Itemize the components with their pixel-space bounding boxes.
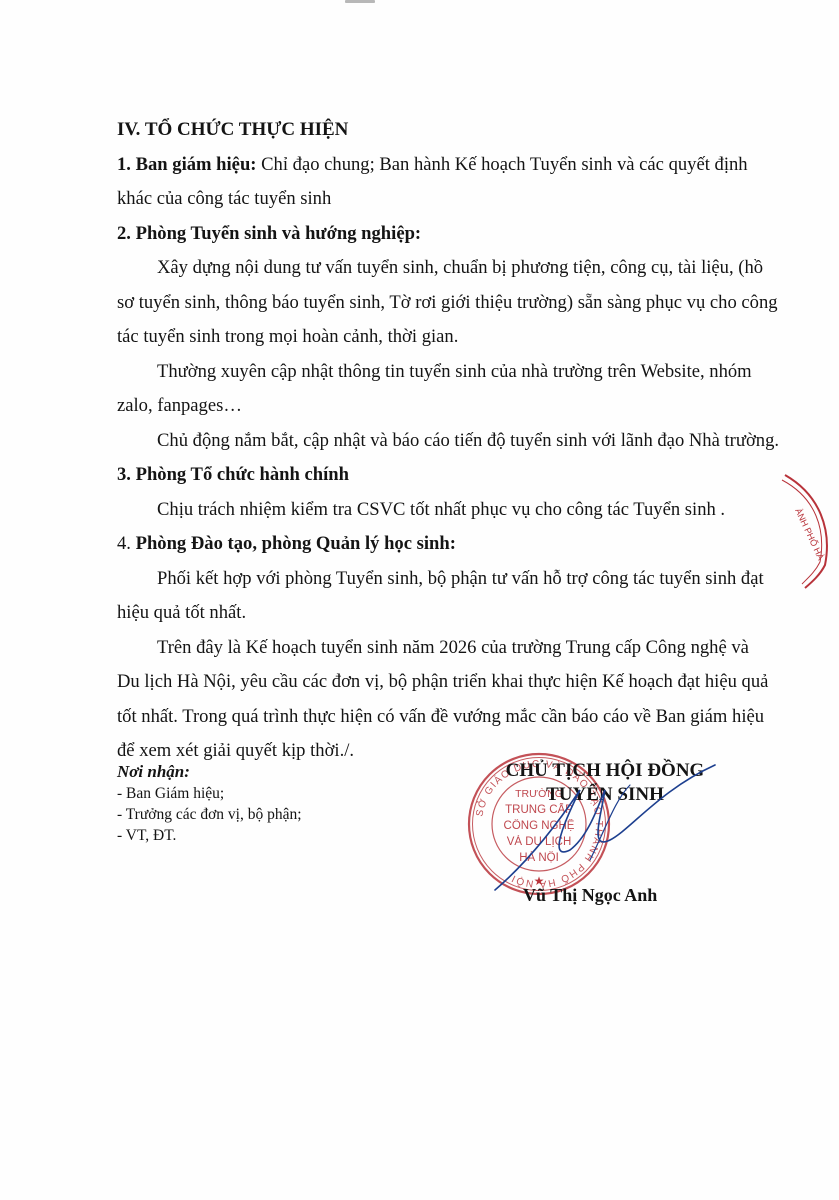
item-2-para-1-line-3: tác tuyển sinh trong mọi hoàn cảnh, thời…: [117, 320, 767, 355]
item-2-para-2-line-1: Thường xuyên cập nhật thông tin tuyển si…: [117, 355, 767, 390]
item-4-number: 4.: [117, 533, 136, 554]
document-page: IV. TỔ CHỨC THỰC HIỆN 1. Ban giám hiệu: …: [0, 0, 839, 1200]
closing-line-2: Du lịch Hà Nội, yêu cầu các đơn vị, bộ p…: [117, 665, 767, 700]
recipient-item: - Ban Giám hiệu;: [117, 783, 302, 804]
section-heading: IV. TỔ CHỨC THỰC HIỆN: [117, 113, 767, 148]
item-3-heading: 3. Phòng Tổ chức hành chính: [117, 458, 767, 493]
item-3-para-1-line-1: Chịu trách nhiệm kiểm tra CSVC tốt nhất …: [117, 493, 767, 528]
item-4-heading-line: 4. Phòng Đào tạo, phòng Quản lý học sinh…: [117, 527, 767, 562]
recipient-item: - VT, ĐT.: [117, 825, 302, 846]
item-4-para-1-line-1: Phối kết hợp với phòng Tuyển sinh, bộ ph…: [117, 562, 767, 597]
item-1: 1. Ban giám hiệu: Chỉ đạo chung; Ban hàn…: [117, 148, 767, 183]
recipients-block: Nơi nhận: - Ban Giám hiệu; - Trưởng các …: [117, 761, 302, 846]
item-1-heading: 1. Ban giám hiệu:: [117, 154, 256, 175]
closing-line-1: Trên đây là Kế hoạch tuyển sinh năm 2026…: [117, 631, 767, 666]
scan-mark: [345, 0, 375, 3]
item-2-para-2-line-2: zalo, fanpages…: [117, 389, 767, 424]
closing-line-3: tốt nhất. Trong quá trình thực hiện có v…: [117, 700, 767, 735]
item-1-text-cont: khác của công tác tuyển sinh: [117, 182, 767, 217]
item-2-heading: 2. Phòng Tuyển sinh và hướng nghiệp:: [117, 217, 767, 252]
recipient-item: - Trưởng các đơn vị, bộ phận;: [117, 804, 302, 825]
item-2-para-3-line-1: Chủ động nắm bắt, cập nhật và báo cáo ti…: [117, 424, 767, 459]
item-4-para-1-line-2: hiệu quả tốt nhất.: [117, 596, 767, 631]
item-2-para-1-line-1: Xây dựng nội dung tư vấn tuyển sinh, chu…: [117, 251, 767, 286]
signer-name: Vũ Thị Ngọc Anh: [523, 885, 657, 906]
document-body: IV. TỔ CHỨC THỰC HIỆN 1. Ban giám hiệu: …: [117, 113, 767, 769]
recipients-title: Nơi nhận:: [117, 761, 302, 783]
partial-stamp-icon: ÀNH PHỐ HÀ: [780, 470, 839, 590]
item-2-para-1-line-2: sơ tuyển sinh, thông báo tuyển sinh, Tờ …: [117, 286, 767, 321]
item-1-text: Chỉ đạo chung; Ban hành Kế hoạch Tuyển s…: [256, 154, 747, 175]
handwritten-signature-icon: [490, 760, 720, 900]
item-4-heading: Phòng Đào tạo, phòng Quản lý học sinh:: [136, 533, 456, 554]
